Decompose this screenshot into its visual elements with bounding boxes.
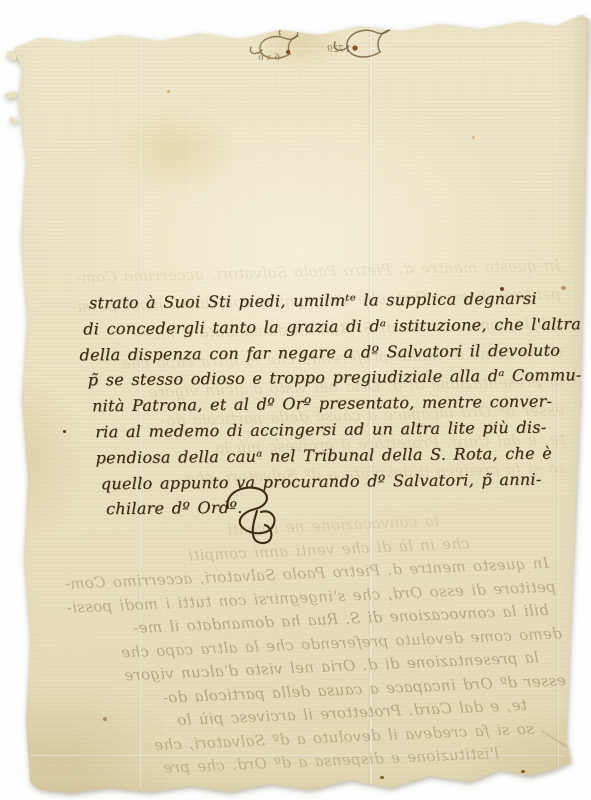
pencil-smudge	[42, 17, 77, 33]
manuscript-main-text: strato à Suoi Sti piedi, umilmᵗᵉ la supp…	[83, 286, 555, 523]
flourish-right-digits: 1729	[327, 45, 350, 55]
torn-paper-fiber	[4, 91, 17, 100]
foxing-speck	[167, 90, 170, 93]
manuscript-paper-sheet: 1-16-1950 6 x 6 1729	[0, 0, 591, 800]
ink-flourish-right: 1729	[322, 12, 402, 68]
foxing-speck	[521, 770, 525, 773]
flourish-left-digits: 6 x 6	[257, 53, 280, 63]
ink-speck	[63, 430, 66, 433]
ink-flourish-left: 6 x 6	[246, 24, 310, 74]
foxing-speck	[561, 286, 566, 290]
ink-blot	[352, 45, 357, 50]
foxing-speck	[380, 776, 384, 779]
manuscript-line: quello appunto va procurando dº Salvator…	[101, 466, 555, 497]
ink-blot	[286, 50, 290, 54]
archival-pencil-mark: 1-16-1950	[96, 20, 176, 31]
scanned-manuscript-screenshot: { "meta": { "description": "Scan of an a…	[0, 0, 591, 800]
foxing-speck	[103, 717, 107, 721]
ink-speck	[500, 287, 504, 291]
torn-paper-fiber	[8, 116, 17, 124]
foxing-speck	[472, 136, 475, 139]
paper-shadow-wrapper: 1-16-1950 6 x 6 1729	[0, 0, 591, 800]
bleedthrough-text-block: la convocazione ne i venti che in là di …	[19, 504, 570, 786]
